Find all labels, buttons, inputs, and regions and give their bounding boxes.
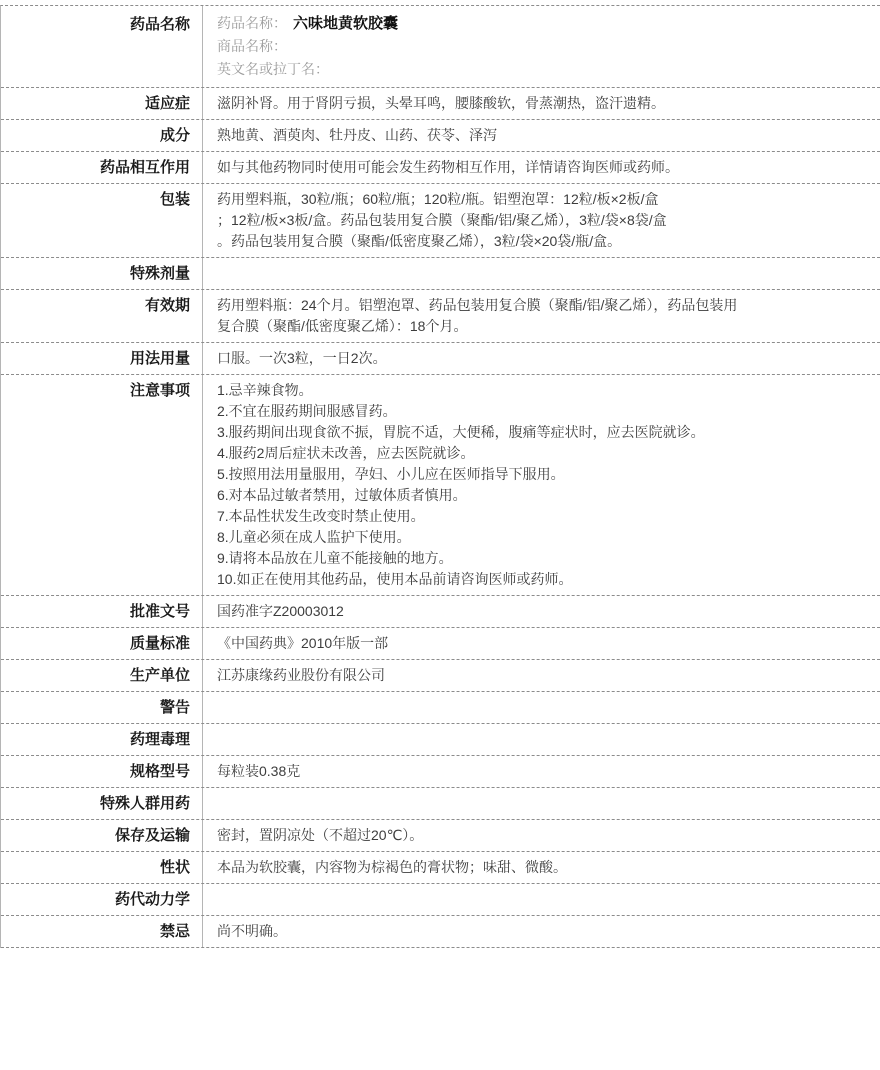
indications-label: 适应症: [1, 88, 203, 119]
contraindications-label: 禁忌: [1, 916, 203, 947]
manufacturer-label: 生产单位: [1, 660, 203, 691]
precautions-label: 注意事项: [1, 375, 203, 595]
contraindications-value: 尚不明确。: [203, 916, 880, 947]
row-drug-name: 药品名称 药品名称：六味地黄软胶囊 商品名称： 英文名或拉丁名：: [1, 6, 880, 88]
row-indications: 适应症 滋阴补肾。用于肾阴亏损，头晕耳鸣，腰膝酸软，骨蒸潮热，盗汗遗精。: [1, 88, 880, 120]
special-populations-value: [203, 788, 880, 819]
row-approval-number: 批准文号 国药准字Z20003012: [1, 596, 880, 628]
drug-info-page: 药品名称 药品名称：六味地黄软胶囊 商品名称： 英文名或拉丁名： 适应症 滋阴补…: [0, 0, 880, 1070]
row-pharmacokinetics: 药代动力学: [1, 884, 880, 916]
pharmacokinetics-label: 药代动力学: [1, 884, 203, 915]
packaging-value: 药用塑料瓶，30粒/瓶；60粒/瓶；120粒/瓶。铝塑泡罩：12粒/板×2板/盒…: [203, 184, 880, 257]
drug-name-field: 药品名称：六味地黄软胶囊: [217, 12, 868, 35]
approval-number-label: 批准文号: [1, 596, 203, 627]
trade-name-key: 商品名称：: [217, 38, 287, 54]
row-quality-standard: 质量标准 《中国药典》2010年版一部: [1, 628, 880, 660]
pharmacokinetics-value: [203, 884, 880, 915]
approval-number-value: 国药准字Z20003012: [203, 596, 880, 627]
ingredients-value: 熟地黄、酒萸肉、牡丹皮、山药、茯苓、泽泻: [203, 120, 880, 151]
row-contraindications: 禁忌 尚不明确。: [1, 916, 880, 948]
quality-standard-label: 质量标准: [1, 628, 203, 659]
drug-interactions-value: 如与其他药物同时使用可能会发生药物相互作用，详情请咨询医师或药师。: [203, 152, 880, 183]
drug-info-table: 药品名称 药品名称：六味地黄软胶囊 商品名称： 英文名或拉丁名： 适应症 滋阴补…: [0, 5, 880, 948]
row-precautions: 注意事项 1.忌辛辣食物。 2.不宜在服药期间服感冒药。 3.服药期间出现食欲不…: [1, 375, 880, 596]
row-warning: 警告: [1, 692, 880, 724]
row-storage-transport: 保存及运输 密封，置阴凉处（不超过20℃）。: [1, 820, 880, 852]
row-ingredients: 成分 熟地黄、酒萸肉、牡丹皮、山药、茯苓、泽泻: [1, 120, 880, 152]
indications-value: 滋阴补肾。用于肾阴亏损，头晕耳鸣，腰膝酸软，骨蒸潮热，盗汗遗精。: [203, 88, 880, 119]
ingredients-label: 成分: [1, 120, 203, 151]
drug-interactions-label: 药品相互作用: [1, 152, 203, 183]
warning-value: [203, 692, 880, 723]
pharmacology-toxicology-label: 药理毒理: [1, 724, 203, 755]
row-packaging: 包装 药用塑料瓶，30粒/瓶；60粒/瓶；120粒/瓶。铝塑泡罩：12粒/板×2…: [1, 184, 880, 258]
drug-name-block: 药品名称：六味地黄软胶囊 商品名称： 英文名或拉丁名：: [203, 6, 880, 87]
specification-label: 规格型号: [1, 756, 203, 787]
row-specification: 规格型号 每粒装0.38克: [1, 756, 880, 788]
latin-name-key: 英文名或拉丁名：: [217, 61, 329, 77]
shelf-life-label: 有效期: [1, 290, 203, 342]
packaging-label: 包装: [1, 184, 203, 257]
dosage-administration-label: 用法用量: [1, 343, 203, 374]
special-dosage-label: 特殊剂量: [1, 258, 203, 289]
specification-value: 每粒装0.38克: [203, 756, 880, 787]
drug-name-key: 药品名称：: [217, 15, 287, 31]
row-manufacturer: 生产单位 江苏康缘药业股份有限公司: [1, 660, 880, 692]
dosage-administration-value: 口服。一次3粒，一日2次。: [203, 343, 880, 374]
manufacturer-value: 江苏康缘药业股份有限公司: [203, 660, 880, 691]
shelf-life-value: 药用塑料瓶：24个月。铝塑泡罩、药品包装用复合膜（聚酯/铝/聚乙烯），药品包装用…: [203, 290, 880, 342]
drug-name-row-label: 药品名称: [1, 6, 203, 87]
precautions-value: 1.忌辛辣食物。 2.不宜在服药期间服感冒药。 3.服药期间出现食欲不振，胃脘不…: [203, 375, 880, 595]
description-label: 性状: [1, 852, 203, 883]
storage-transport-value: 密封，置阴凉处（不超过20℃）。: [203, 820, 880, 851]
special-populations-label: 特殊人群用药: [1, 788, 203, 819]
row-special-populations: 特殊人群用药: [1, 788, 880, 820]
pharmacology-toxicology-value: [203, 724, 880, 755]
trade-name-field: 商品名称：: [217, 35, 868, 58]
row-drug-interactions: 药品相互作用 如与其他药物同时使用可能会发生药物相互作用，详情请咨询医师或药师。: [1, 152, 880, 184]
warning-label: 警告: [1, 692, 203, 723]
latin-name-field: 英文名或拉丁名：: [217, 58, 868, 81]
special-dosage-value: [203, 258, 880, 289]
row-dosage-administration: 用法用量 口服。一次3粒，一日2次。: [1, 343, 880, 375]
storage-transport-label: 保存及运输: [1, 820, 203, 851]
row-special-dosage: 特殊剂量: [1, 258, 880, 290]
row-shelf-life: 有效期 药用塑料瓶：24个月。铝塑泡罩、药品包装用复合膜（聚酯/铝/聚乙烯），药…: [1, 290, 880, 343]
row-pharmacology-toxicology: 药理毒理: [1, 724, 880, 756]
drug-name-value: 六味地黄软胶囊: [293, 15, 398, 32]
quality-standard-value: 《中国药典》2010年版一部: [203, 628, 880, 659]
row-description: 性状 本品为软胶囊，内容物为棕褐色的膏状物；味甜、微酸。: [1, 852, 880, 884]
description-value: 本品为软胶囊，内容物为棕褐色的膏状物；味甜、微酸。: [203, 852, 880, 883]
